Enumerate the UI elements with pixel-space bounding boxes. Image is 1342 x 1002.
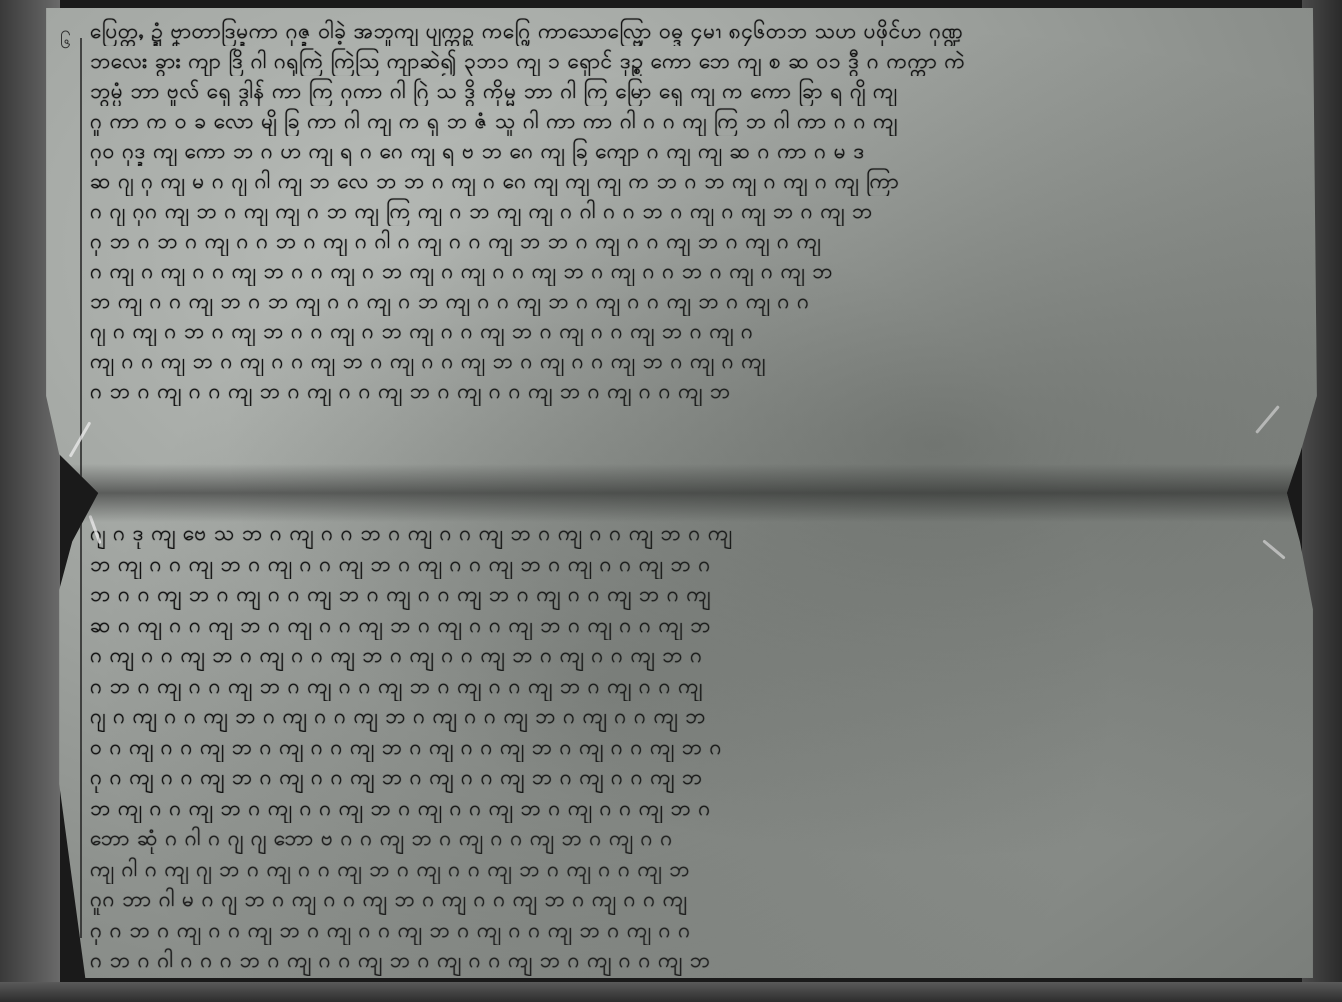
margin-rule bbox=[80, 38, 82, 938]
manuscript-line: ဘ ကျ ဂ ဂ ကျ ဘ ဂ ကျ ဂ ဂ ကျ ဘ ဂ ကျ ဂ ဂ ကျ … bbox=[90, 793, 1306, 824]
manuscript-line: ဂ ဂျ ဂုဂ ကျ ဘ ဂ ကျ ကျ ဂ ဘ ကျ ကြ ကျ ဂ ဘ က… bbox=[90, 196, 1306, 226]
manuscript-line: ဆ ဂ ကျ ဂ ဂ ကျ ဘ ဂ ကျ ဂ ဂ ကျ ဘ ဂ ကျ ဂ ဂ က… bbox=[90, 610, 1306, 641]
manuscript-line: ဂျ ဂ ဒု ကျ ဗေ သ ဘ ဂ ကျ ဂ ဂ ဘ ဂ ကျ ဂ ဂ ကျ… bbox=[90, 518, 1306, 549]
text-section-top: ပြေတ္တႇ ဍ္ဍံ ဗၞာတာဒြမ္ဍကာ ဂုဇ္ဍ ဝါခဲ့ အဘ… bbox=[90, 16, 1306, 406]
manuscript-line: ဘ ကျ ဂ ဂ ကျ ဘ ဂ ကျ ဂ ဂ ကျ ဘ ဂ ကျ ဂ ဂ ကျ … bbox=[90, 549, 1306, 580]
manuscript-line: ဂျ ဂ ကျ ဂ ဘ ဂ ကျ ဘ ဂ ဂ ကျ ဂ ဘ ကျ ဂ ဂ ကျ … bbox=[90, 316, 1306, 346]
manuscript-line: ဘလေး ခွား ကျာ ဒြိ ဂါ ဂရုကြဲ ကြဲဩ ကျာဆဲ၍ … bbox=[90, 46, 1306, 76]
text-section-bottom: ဂျ ဂ ဒု ကျ ဗေ သ ဘ ဂ ကျ ဂ ဂ ဘ ဂ ကျ ဂ ဂ ကျ… bbox=[90, 518, 1306, 976]
manuscript-line: ဂု ဘ ဂ ဘ ဂ ကျ ဂ ဂ ဘ ဂ ကျ ဂ ဂါ ဂ ကျ ဂ ဂ က… bbox=[90, 226, 1306, 256]
manuscript-line: ဂ ဘ ဂ ကျ ဂ ဂ ကျ ဘ ဂ ကျ ဂ ဂ ကျ ဘ ဂ ကျ ဂ ဂ… bbox=[90, 671, 1306, 702]
manuscript-line: ပြေတ္တႇ ဍ္ဍံ ဗၞာတာဒြမ္ဍကာ ဂုဇ္ဍ ဝါခဲ့ အဘ… bbox=[90, 16, 1306, 46]
manuscript-line: ကျ ဂ ဂ ကျ ဘ ဂ ကျ ဂ ဂ ကျ ဘ ဂ ကျ ဂ ဂ ကျ ဘ … bbox=[90, 346, 1306, 376]
paper-damage bbox=[1255, 405, 1280, 434]
manuscript-line: ဘ ကျ ဂ ဂ ကျ ဘ ဂ ဘ ကျ ဂ ဂ ကျ ဂ ဘ ကျ ဂ ဂ က… bbox=[90, 286, 1306, 316]
manuscript-line: ဂု ဂ ကျ ဂ ဂ ကျ ဘ ဂ ကျ ဂ ဂ ကျ ဘ ဂ ကျ ဂ ဂ … bbox=[90, 762, 1306, 793]
manuscript-line: ဘော ဆုံ ဂ ဂါ ဂ ဂျ ဂျ ဘော ဗ ဂ ဂ ကျ ဘ ဂ ကျ… bbox=[90, 823, 1306, 854]
manuscript-line: ဆ ဂျ ဂု ကျ မ ဂ ဂျ ဂါ ကျ ဘ လေ ဘ ဘ ဂ ကျ ဂ … bbox=[90, 166, 1306, 196]
manuscript-line: ဂူ ကာ က ဝ ခ လော မျိ ခြ ကာ ဂါ ကျ က ရှ ဘ ဇ… bbox=[90, 106, 1306, 136]
manuscript-line: ဂု ဂ ဘ ဂ ကျ ဂ ဂ ကျ ဘ ဂ ကျ ဂ ဂ ကျ ဘ ဂ ကျ … bbox=[90, 915, 1306, 946]
background-bottom bbox=[0, 982, 1342, 1002]
manuscript-line: ဝ ဂ ကျ ဂ ဂ ကျ ဘ ဂ ကျ ဂ ဂ ကျ ဘ ဂ ကျ ဂ ဂ က… bbox=[90, 732, 1306, 763]
paper-damage bbox=[69, 421, 92, 457]
manuscript-line: ဂူဂ ဘာ ဂါ မ ဂ ဂျ ဘ ဂ ကျ ဂ ဂ ကျ ဘ ဂ ကျ ဂ … bbox=[90, 884, 1306, 915]
manuscript-line: ဘ ဂ ဂ ကျ ဘ ဂ ကျ ဂ ဂ ကျ ဘ ဂ ကျ ဂ ဂ ကျ ဘ ဂ… bbox=[90, 579, 1306, 610]
paper-damage bbox=[1262, 539, 1285, 559]
manuscript-line: ဘွမ္ပံ ဘာ ဗူလ် ရှေ ဒွါန် ကာ ကြ ဂုကာ ဂါ ဂ… bbox=[90, 76, 1306, 106]
manuscript-page: ၆ ပြေတ္တႇ ဍ္ဍံ ဗၞာတာဒြမ္ဍကာ ဂုဇ္ဍ ဝါခဲ့ … bbox=[20, 8, 1326, 978]
manuscript-line: ဂ ကျ ဂ ကျ ဂ ဂ ကျ ဘ ဂ ဂ ကျ ဂ ဘ ကျ ဂ ကျ ဂ … bbox=[90, 256, 1306, 286]
page-marker: ၆ bbox=[60, 28, 71, 58]
manuscript-line: ဂ ဘ ဂ ကျ ဂ ဂ ကျ ဘ ဂ ကျ ဂ ဂ ကျ ဘ ဂ ကျ ဂ ဂ… bbox=[90, 376, 1306, 406]
manuscript-line: ဂ ကျ ဂ ဂ ကျ ဘ ဂ ကျ ဂ ဂ ကျ ဘ ဂ ကျ ဂ ဂ ကျ … bbox=[90, 640, 1306, 671]
paper-damage bbox=[88, 515, 101, 544]
manuscript-line: ဂုဝ ဂုဒ္ဍ ကျ ကော ဘ ဂ ဟ ကျ ရ ဂ ဂေ ကျ ရ ဗ … bbox=[90, 136, 1306, 166]
manuscript-line: ဂ ဘ ဂ ဂါ ဂ ဂ ဂ ဘ ဂ ကျ ဂ ဂ ကျ ဘ ဂ ကျ ဂ ဂ … bbox=[90, 945, 1306, 976]
manuscript-line: ဂျ ဂ ကျ ဂ ဂ ကျ ဘ ဂ ကျ ဂ ဂ ကျ ဘ ဂ ကျ ဂ ဂ … bbox=[90, 701, 1306, 732]
manuscript-line: ကျ ဂါ ဂ ကျ ဂျ ဘ ဂ ကျ ဂ ဂ ကျ ဘ ဂ ကျ ဂ ဂ က… bbox=[90, 854, 1306, 885]
